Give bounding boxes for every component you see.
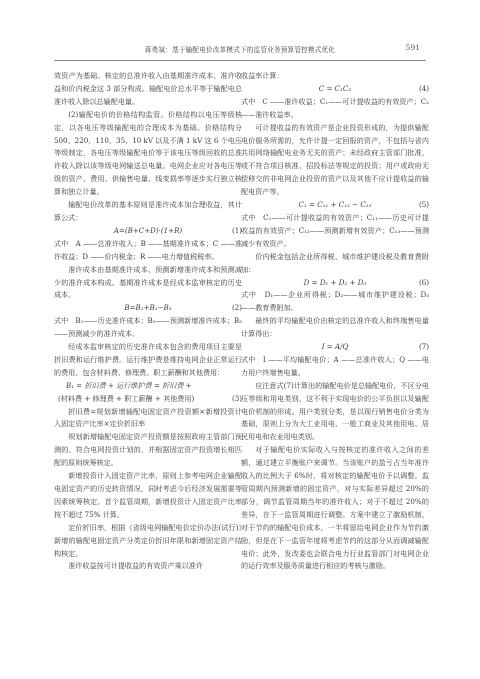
equation-number: (4) xyxy=(419,83,429,96)
equation-2: B=B₁+B₂−B₃ (2) xyxy=(54,302,242,315)
paragraph: 新增投资计入固定资产比率，原则上参考电网企业输配电固定资产的历史转资情况，同时考… xyxy=(54,470,242,522)
equation-body: (材料费 + 修理费 + 职工薪酬 + 其他费用) xyxy=(58,394,194,403)
variable-definitions: 式中 D₁——企业所得税；D₂——城市维护建设税；D₃——教育费附加。 xyxy=(241,289,429,315)
paragraph: 输配电价改革的基本原则是准许成本加合理收益，其计算公式： xyxy=(54,199,242,225)
paragraph: 价内税金包括企业所得税、城市维护建设税及教育费附加： xyxy=(241,251,429,277)
equation-body: C = C₁C₂ xyxy=(319,84,351,93)
page-header: 蒋勇斌：基于输配电价改革模式下的监管业务预算管控模式优化 591 xyxy=(54,44,426,58)
right-column: 收益率计算： C = C₁C₂ (4) 式中 C ——准许收益；C₁——可计提收… xyxy=(241,70,429,573)
equation-body: B=B₁+B₂−B₃ xyxy=(124,303,171,312)
equation-body: D = D₁ + D₂ + D₃ xyxy=(304,278,367,287)
variable-definitions: 式中 A ——总准许收入；B ——基期准许成本；C ——准许收益；D ——价内税… xyxy=(54,238,242,264)
equation-3-line-1: B₁ = 折旧费 + 运行维护费 = 折旧费 + xyxy=(54,380,242,393)
equation-number: (5) xyxy=(419,199,429,212)
paragraph: 效资产为基础。核定的总准许收入由基期准许成本、准许收益和价内税金这 3 部分构成… xyxy=(54,70,242,109)
page-number: 591 xyxy=(406,43,420,52)
paragraph: (2)输配电价的价格结构监管。价格结构以电压等级核定，以各电压等级输配电的合理成… xyxy=(54,109,242,199)
paragraph: 准许收益按可计提收益的有效资产乘以准许 xyxy=(54,560,242,573)
paragraph: 规划新增输配电固定资产投资额是按照政府主管部门预测的、符合电网投资计划的，并根据… xyxy=(54,431,242,470)
paragraph: 经成本监审核定的历史准许成本包含的费用项目主要是折旧费和运行维护费。运行维护费是… xyxy=(54,341,242,380)
paragraph: 折旧费=规划新增输配电固定资产投资额×新增投资计入固定资产比率×定价折旧率 xyxy=(54,406,242,432)
variable-definitions: 式中 B₁——历史准许成本；B₂——预测新增准许成本；B₃——预测减少的准许成本… xyxy=(54,315,242,341)
equation-body: I = A/Q xyxy=(322,342,349,351)
equation-1: A=(B+C+D)·(1+R) (1) xyxy=(54,225,242,238)
equation-body: A=(B+C+D)·(1+R) xyxy=(114,226,182,235)
equation-body: B₁ = 折旧费 + 运行维护费 = 折旧费 + xyxy=(66,381,192,390)
equation-5: C₁ = C₁₁ + C₁₂ − C₁₃ (5) xyxy=(241,199,429,212)
equation-3-line-2: (材料费 + 修理费 + 职工薪酬 + 其他费用) (3) xyxy=(54,393,242,406)
equation-body: C₁ = C₁₁ + C₁₂ − C₁₃ xyxy=(299,200,372,209)
left-column: 效资产为基础。核定的总准许收入由基期准许成本、准许收益和价内税金这 3 部分构成… xyxy=(54,70,242,573)
equation-6: D = D₁ + D₂ + D₃ (6) xyxy=(241,277,429,290)
paragraph: 定价折旧率，根据《省级电网输配电价定价办法(试行)》新增的输配电固定资产分类定价… xyxy=(54,522,242,561)
variable-definitions: 式中 C ——准许收益；C₁——可计提收益的有效资产；C₂——准许收益率。 xyxy=(241,96,429,122)
header-rule xyxy=(54,60,426,61)
paragraph: 最终的平均输配电价由核定的总准许收入和终端售电量计算得出： xyxy=(241,315,429,341)
running-title: 蒋勇斌：基于输配电价改革模式下的监管业务预算管控模式优化 xyxy=(54,44,426,54)
paragraph: 准许成本由基期准许成本、预测新增准许成本和预测减少的准许成本构成。基期准许成本是… xyxy=(54,264,242,303)
equation-number: (6) xyxy=(419,277,429,290)
equation-4: C = C₁C₂ (4) xyxy=(241,83,429,96)
equation-7: I = A/Q (7) xyxy=(241,341,429,354)
paragraph: 应注意式(7)计算出的输配电价是总输配电价，不区分电压等级和用电类别，这不利于实… xyxy=(241,380,429,445)
paragraph: 收益率计算： xyxy=(241,70,429,83)
variable-definitions: 式中 C₁——可计提收益的有效资产；C₁₁——历史可计提收益的有效资产；C₁₂—… xyxy=(241,212,429,251)
paragraph: 对于输配电价实际收入与按核定的准许收入之间的差额，通过建立平衡账户来调节。当该账… xyxy=(241,444,429,573)
equation-number: (7) xyxy=(419,341,429,354)
paragraph: 可计提收益的有效资产是企业投资形成的，为提供输配电价服务所需的，允许计提一定回报… xyxy=(241,122,429,199)
variable-definitions: 式中 I ——平均输配电价；A ——总准许收入；Q ——电力用户终端售电量。 xyxy=(241,354,429,380)
